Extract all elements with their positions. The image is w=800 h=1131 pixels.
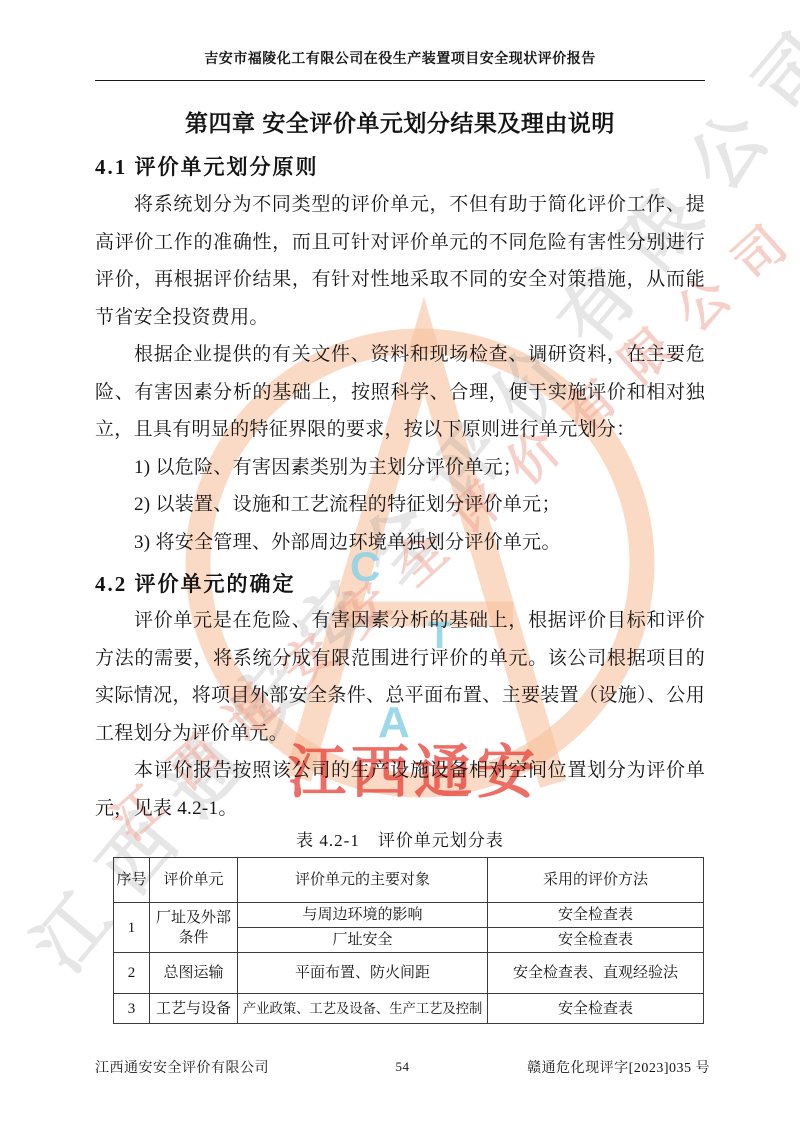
section-4-1-heading: 4.1 评价单元划分原则 — [95, 154, 705, 181]
cell-method: 安全检查表、直观经验法 — [488, 953, 704, 994]
header-cell-object: 评价单元的主要对象 — [238, 858, 488, 903]
cell-no: 2 — [114, 953, 150, 994]
cell-object: 与周边环境的影响 — [238, 903, 488, 928]
chapter-title: 第四章 安全评价单元划分结果及理由说明 — [95, 108, 705, 139]
list-item-1: 1) 以危险、有害因素类别为主划分评价单元； — [95, 449, 705, 487]
document-page: 江西通安安全评价有限公司 江西通安安全评价有限公司 C T A 江西通安 吉安市… — [0, 0, 800, 1131]
cell-object: 平面布置、防火间距 — [238, 953, 488, 994]
cell-unit: 厂址及外部条件 — [150, 903, 238, 953]
paragraph: 根据企业提供的有关文件、资料和现场检查、调研资料，在主要危险、有害因素分析的基础… — [95, 336, 705, 449]
table-row: 1 厂址及外部条件 与周边环境的影响 安全检查表 — [114, 903, 704, 928]
page-footer: 江西通安安全评价有限公司 54 赣通危化现评字[2023]035 号 — [95, 1057, 710, 1077]
cell-method: 安全检查表 — [488, 928, 704, 953]
cell-object: 厂址安全 — [238, 928, 488, 953]
cell-object: 产业政策、工艺及设备、生产工艺及控制 — [238, 994, 488, 1024]
page-content: 吉安市福陵化工有限公司在役生产装置项目安全现状评价报告 第四章 安全评价单元划分… — [95, 0, 705, 1024]
table-row: 2 总图运输 平面布置、防火间距 安全检查表、直观经验法 — [114, 953, 704, 994]
cell-method: 安全检查表 — [488, 903, 704, 928]
table-header-row: 序号 评价单元 评价单元的主要对象 采用的评价方法 — [114, 858, 704, 903]
list-item-3: 3) 将安全管理、外部周边环境单独划分评价单元。 — [95, 524, 705, 562]
table-caption: 表 4.2-1 评价单元划分表 — [95, 829, 705, 852]
report-title: 吉安市福陵化工有限公司在役生产装置项目安全现状评价报告 — [204, 50, 596, 66]
cell-unit: 总图运输 — [150, 953, 238, 994]
section-4-2-heading: 4.2 评价单元的确定 — [95, 571, 705, 598]
footer-document-number: 赣通危化现评字[2023]035 号 — [410, 1057, 711, 1077]
page-header: 吉安市福陵化工有限公司在役生产装置项目安全现状评价报告 — [95, 0, 705, 81]
cell-no: 1 — [114, 903, 150, 953]
header-cell-method: 采用的评价方法 — [488, 858, 704, 903]
list-item-2: 2) 以装置、设施和工艺流程的特征划分评价单元； — [95, 486, 705, 524]
cell-method: 安全检查表 — [488, 994, 704, 1024]
paragraph: 本评价报告按照该公司的生产设施设备相对空间位置划分为评价单元，见表 4.2-1。 — [95, 752, 705, 827]
header-cell-no: 序号 — [114, 858, 150, 903]
table-row: 3 工艺与设备 产业政策、工艺及设备、生产工艺及控制 安全检查表 — [114, 994, 704, 1024]
page-number: 54 — [396, 1059, 410, 1075]
header-cell-unit: 评价单元 — [150, 858, 238, 903]
cell-unit: 工艺与设备 — [150, 994, 238, 1024]
paragraph: 评价单元是在危险、有害因素分析的基础上，根据评价目标和评价方法的需要，将系统分成… — [95, 602, 705, 752]
cell-no: 3 — [114, 994, 150, 1024]
unit-division-table: 序号 评价单元 评价单元的主要对象 采用的评价方法 1 厂址及外部条件 与周边环… — [113, 857, 704, 1024]
footer-company: 江西通安安全评价有限公司 — [95, 1057, 396, 1077]
paragraph: 将系统划分为不同类型的评价单元，不但有助于简化评价工作、提高评价工作的准确性，而… — [95, 186, 705, 336]
